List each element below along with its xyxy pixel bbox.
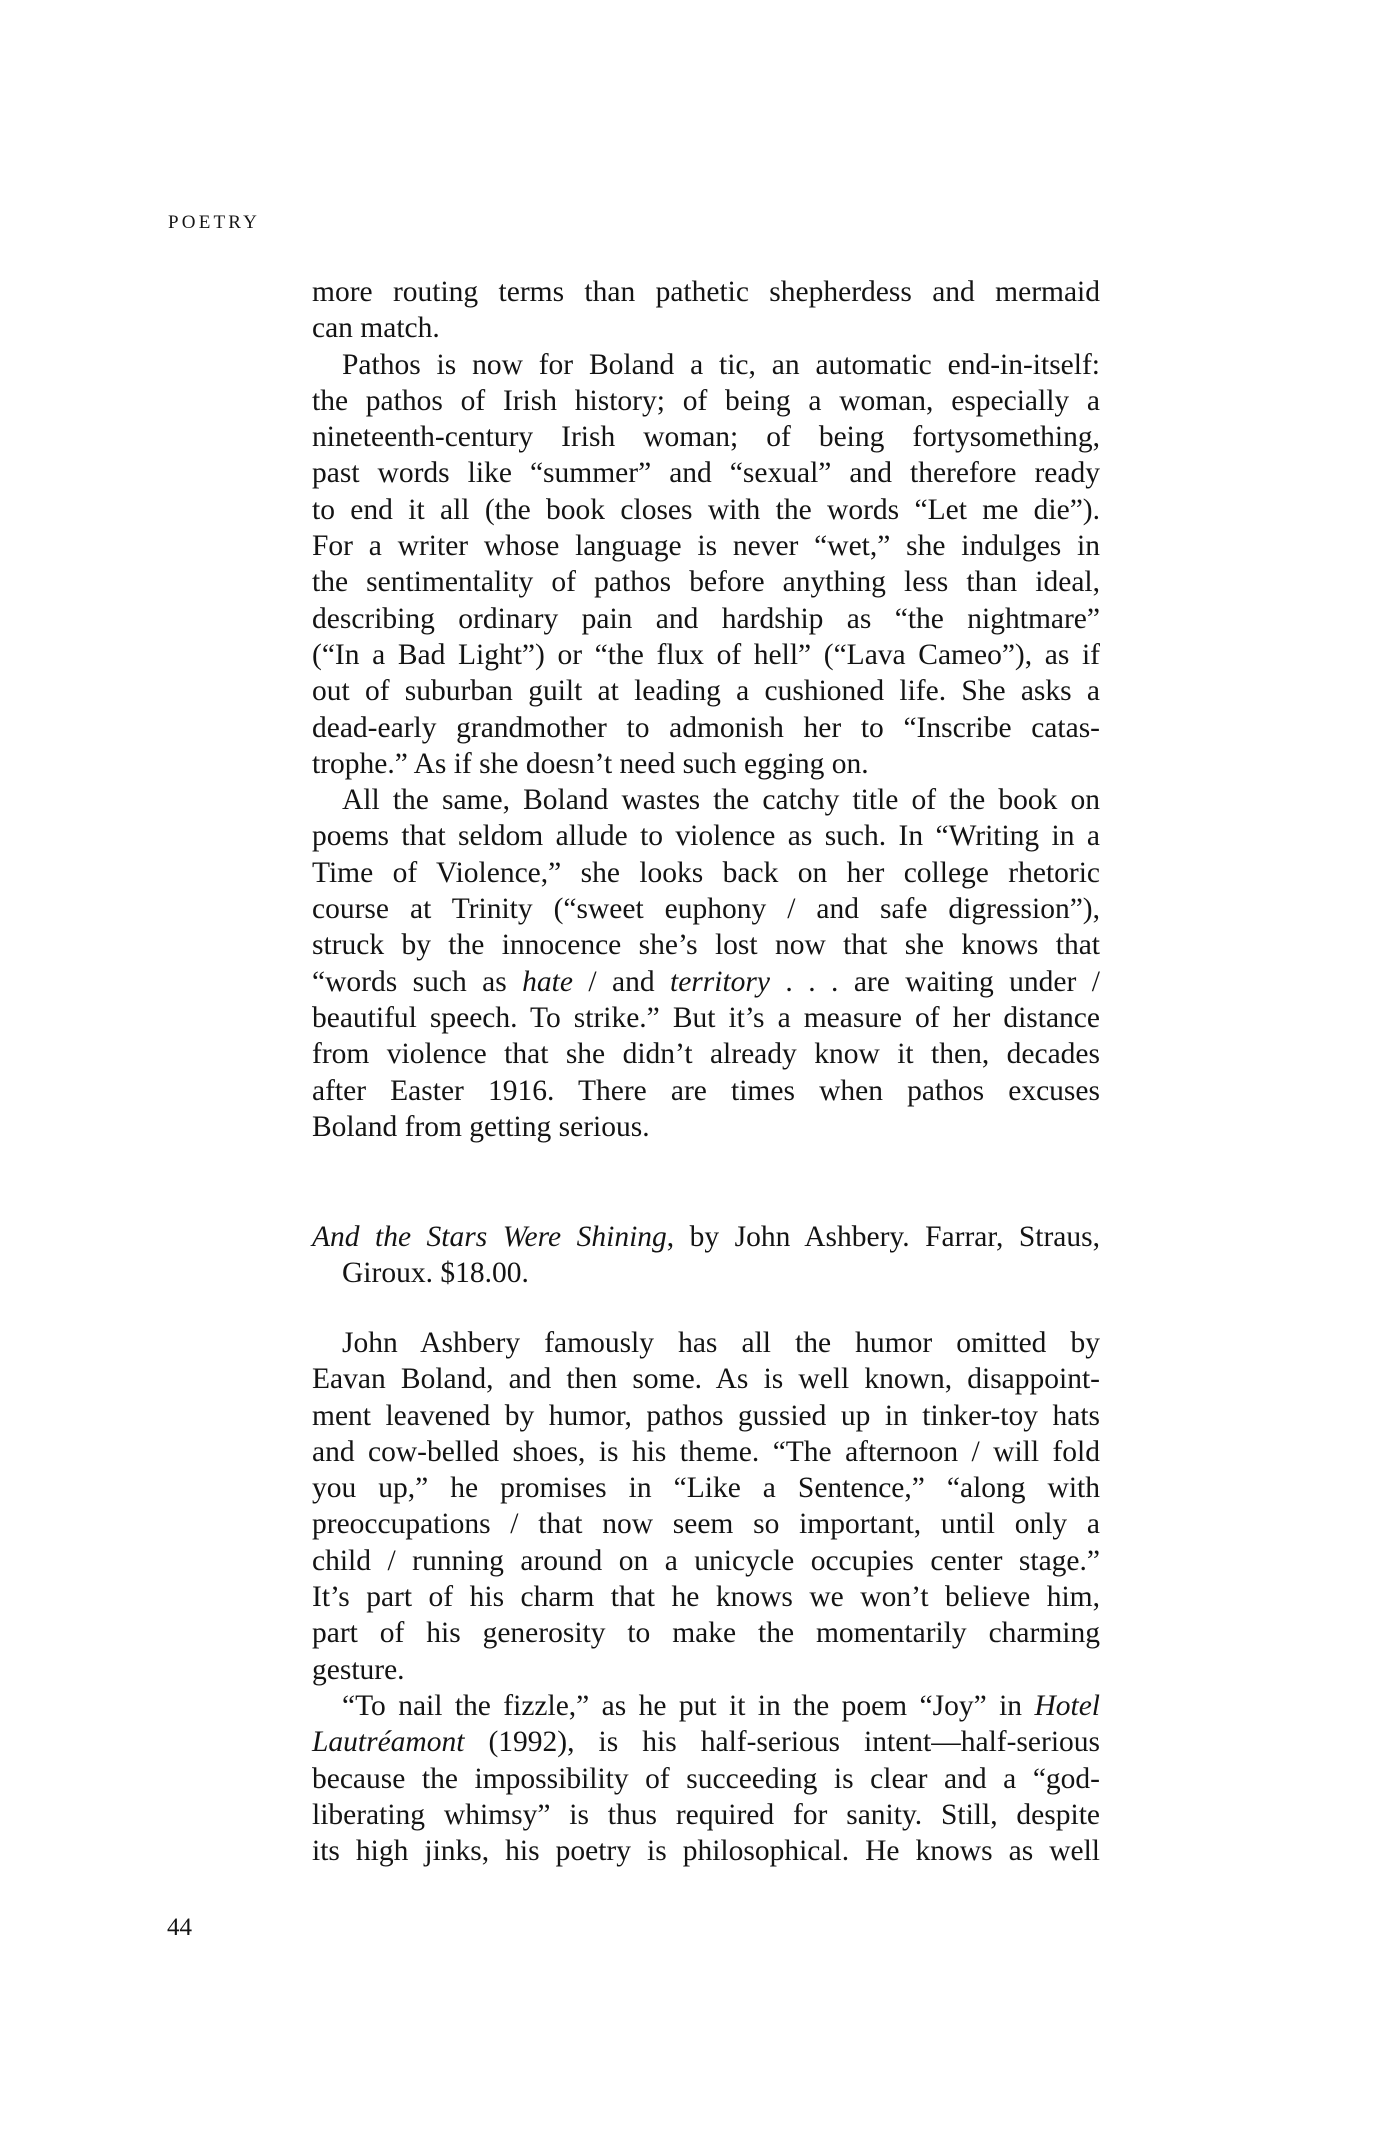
text-run: can match. [312,312,440,344]
text-line: liberating whimsy” is thus required for … [312,1797,1100,1833]
italic-title: territory [670,966,770,998]
text-line: dead-early grandmother to admonish her t… [312,710,1100,746]
text-run: past words like “summer” and “sexual” an… [312,457,1100,489]
text-run: Time of Violence,” she looks back on her… [312,857,1100,889]
text-line: and cow-belled shoes, is his theme. “The… [312,1434,1100,1470]
text-run: preoccupations / that now seem so import… [312,1508,1100,1540]
text-line: because the impossibility of succeeding … [312,1761,1100,1797]
text-run: Eavan Boland, and then some. As is well … [312,1363,1100,1395]
text-run: It’s part of his charm that he knows we … [312,1581,1100,1613]
text-line: Lautréamont (1992), is his half-serious … [312,1724,1100,1760]
text-run: trophe.” As if she doesn’t need such egg… [312,748,869,780]
text-line: from violence that she didn’t already kn… [312,1036,1100,1072]
text-run: and cow-belled shoes, is his theme. “The… [312,1436,1100,1468]
italic-title: And the Stars Were Shining [312,1221,667,1253]
text-line: Time of Violence,” she looks back on her… [312,855,1100,891]
text-block: more routing terms than pathetic shepher… [312,274,1100,1145]
text-run: John Ashbery famously has all the humor … [342,1327,1100,1359]
text-line: part of his generosity to make the momen… [312,1615,1100,1651]
text-line: can match. [312,310,1100,346]
text-line: more routing terms than pathetic shepher… [312,274,1100,310]
text-line: trophe.” As if she doesn’t need such egg… [312,746,1100,782]
text-line: the sentimentality of pathos before anyt… [312,564,1100,600]
text-line: beautiful speech. To strike.” But it’s a… [312,1000,1100,1036]
text-line: to end it all (the book closes with the … [312,492,1100,528]
text-line: child / running around on a unicycle occ… [312,1543,1100,1579]
text-run: describing ordinary pain and hardship as… [312,603,1100,635]
text-run: liberating whimsy” is thus required for … [312,1799,1100,1831]
italic-title: hate [522,966,573,998]
text-run: after Easter 1916. There are times when … [312,1075,1100,1107]
text-run: (1992), is his half-serious intent—half-… [464,1726,1100,1758]
text-line: (“In a Bad Light”) or “the flux of hell”… [312,637,1100,673]
text-run: , by John Ashbery. Farrar, Straus, [667,1221,1100,1253]
text-block: John Ashbery famously has all the humor … [312,1325,1100,1869]
text-line: All the same, Boland wastes the catchy t… [312,782,1100,818]
text-run: struck by the innocence she’s lost now t… [312,929,1100,961]
text-line: “words such as hate / and territory . . … [312,964,1100,1000]
text-run: you up,” he promises in “Like a Sentence… [312,1472,1100,1504]
text-run: Giroux. $18.00. [342,1257,529,1289]
text-line: poems that seldom allude to violence as … [312,818,1100,854]
text-run: gesture. [312,1654,405,1686]
text-run: “To nail the fizzle,” as he put it in th… [342,1690,1034,1722]
text-run: / and [573,966,670,998]
text-run: “words such as [312,966,522,998]
text-run: All the same, Boland wastes the catchy t… [342,784,1100,816]
text-run: its high jinks, his poetry is philosophi… [312,1835,1100,1867]
text-line: out of suburban guilt at leading a cushi… [312,673,1100,709]
text-line: And the Stars Were Shining, by John Ashb… [312,1219,1100,1255]
text-run: . . . are waiting under / [770,966,1100,998]
text-line: the pathos of Irish history; of being a … [312,383,1100,419]
text-line: “To nail the fizzle,” as he put it in th… [312,1688,1100,1724]
text-line: course at Trinity (“sweet euphony / and … [312,891,1100,927]
text-run: poems that seldom allude to violence as … [312,820,1100,852]
text-run: more routing terms than pathetic shepher… [312,276,1100,308]
text-line: past words like “summer” and “sexual” an… [312,455,1100,491]
text-line: after Easter 1916. There are times when … [312,1073,1100,1109]
text-run: (“In a Bad Light”) or “the flux of hell”… [312,639,1100,671]
text-run: nineteenth-century Irish woman; of being… [312,421,1100,453]
text-run: part of his generosity to make the momen… [312,1617,1100,1649]
text-line: struck by the innocence she’s lost now t… [312,927,1100,963]
text-run: from violence that she didn’t already kn… [312,1038,1100,1070]
text-run: Pathos is now for Boland a tic, an autom… [342,349,1100,381]
text-run: Boland from getting serious. [312,1111,650,1143]
book-citation: And the Stars Were Shining, by John Ashb… [312,1219,1100,1292]
text-line: gesture. [312,1652,1100,1688]
text-line: its high jinks, his poetry is philosophi… [312,1833,1100,1869]
text-line: describing ordinary pain and hardship as… [312,601,1100,637]
text-run: ment leavened by humor, pathos gussied u… [312,1400,1100,1432]
text-line: preoccupations / that now seem so import… [312,1506,1100,1542]
text-run: because the impossibility of succeeding … [312,1763,1100,1795]
italic-title: Lautréamont [312,1726,464,1758]
text-line: ment leavened by humor, pathos gussied u… [312,1398,1100,1434]
text-run: the pathos of Irish history; of being a … [312,385,1100,417]
text-run: For a writer whose language is never “we… [312,530,1100,562]
text-line: It’s part of his charm that he knows we … [312,1579,1100,1615]
text-run: dead-early grandmother to admonish her t… [312,712,1100,744]
text-line: Eavan Boland, and then some. As is well … [312,1361,1100,1397]
text-line: For a writer whose language is never “we… [312,528,1100,564]
text-run: course at Trinity (“sweet euphony / and … [312,893,1100,925]
text-line: Pathos is now for Boland a tic, an autom… [312,347,1100,383]
text-run: beautiful speech. To strike.” But it’s a… [312,1002,1100,1034]
text-run: out of suburban guilt at leading a cushi… [312,675,1100,707]
page-number: 44 [167,1914,192,1942]
text-line: Giroux. $18.00. [312,1255,1100,1291]
text-line: nineteenth-century Irish woman; of being… [312,419,1100,455]
text-line: Boland from getting serious. [312,1109,1100,1145]
text-line: John Ashbery famously has all the humor … [312,1325,1100,1361]
italic-title: Hotel [1034,1690,1100,1722]
running-head: POETRY [168,211,260,235]
text-line: you up,” he promises in “Like a Sentence… [312,1470,1100,1506]
text-run: to end it all (the book closes with the … [312,494,1100,526]
text-run: child / running around on a unicycle occ… [312,1545,1100,1577]
text-run: the sentimentality of pathos before anyt… [312,566,1100,598]
